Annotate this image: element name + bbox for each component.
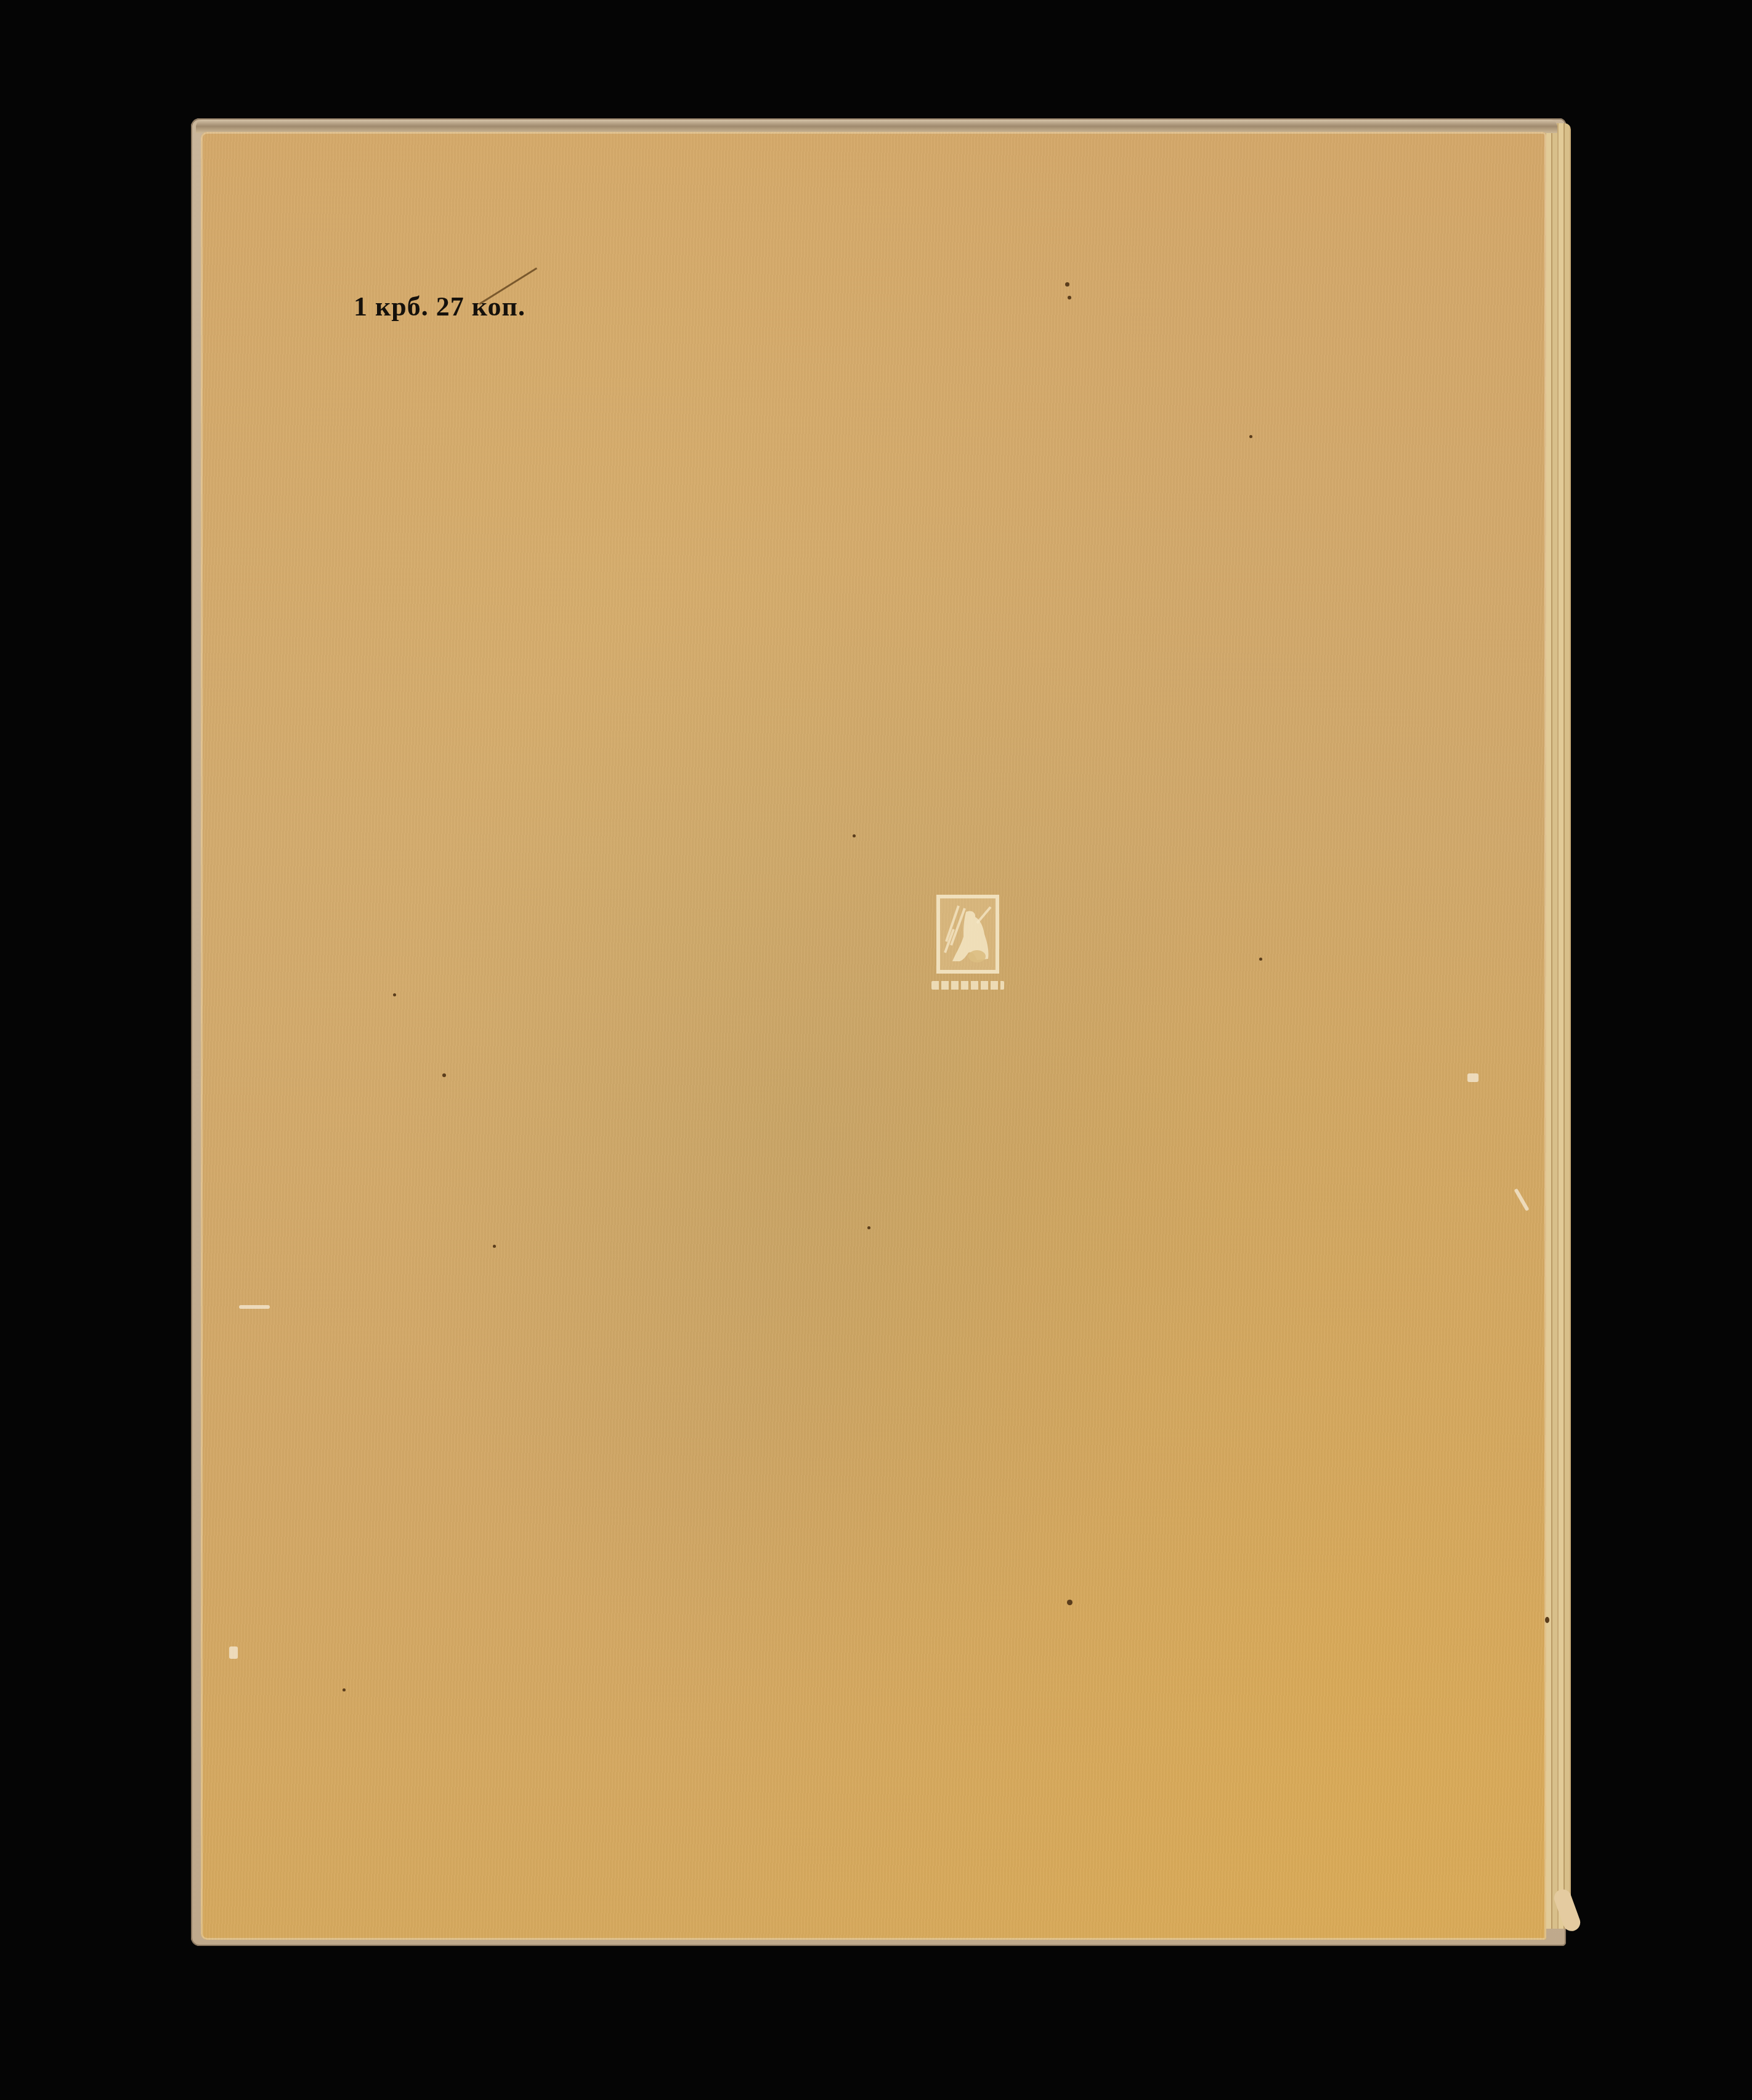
stain-speck xyxy=(1068,296,1071,299)
paper-scuff xyxy=(229,1646,238,1659)
publisher-emblem-icon xyxy=(936,895,999,974)
emblem-figure-icon xyxy=(940,898,996,970)
top-edge xyxy=(196,120,1557,133)
stain-speck xyxy=(1545,1617,1549,1623)
price-label: 1 крб. 27 коп. xyxy=(354,291,525,322)
stain-speck xyxy=(1249,435,1252,438)
paper-scuff xyxy=(239,1305,270,1309)
stain-speck xyxy=(853,834,856,837)
stain-speck xyxy=(1259,958,1262,961)
stain-speck xyxy=(1065,282,1069,287)
emblem-caption xyxy=(931,981,1004,990)
stain-speck xyxy=(343,1688,346,1691)
stain-speck xyxy=(1067,1600,1073,1605)
stain-speck xyxy=(493,1245,496,1248)
stain-speck xyxy=(867,1226,870,1229)
back-cover xyxy=(201,132,1546,1940)
paper-scuff xyxy=(1467,1073,1478,1082)
stain-speck xyxy=(442,1073,446,1077)
stain-speck xyxy=(393,993,396,996)
